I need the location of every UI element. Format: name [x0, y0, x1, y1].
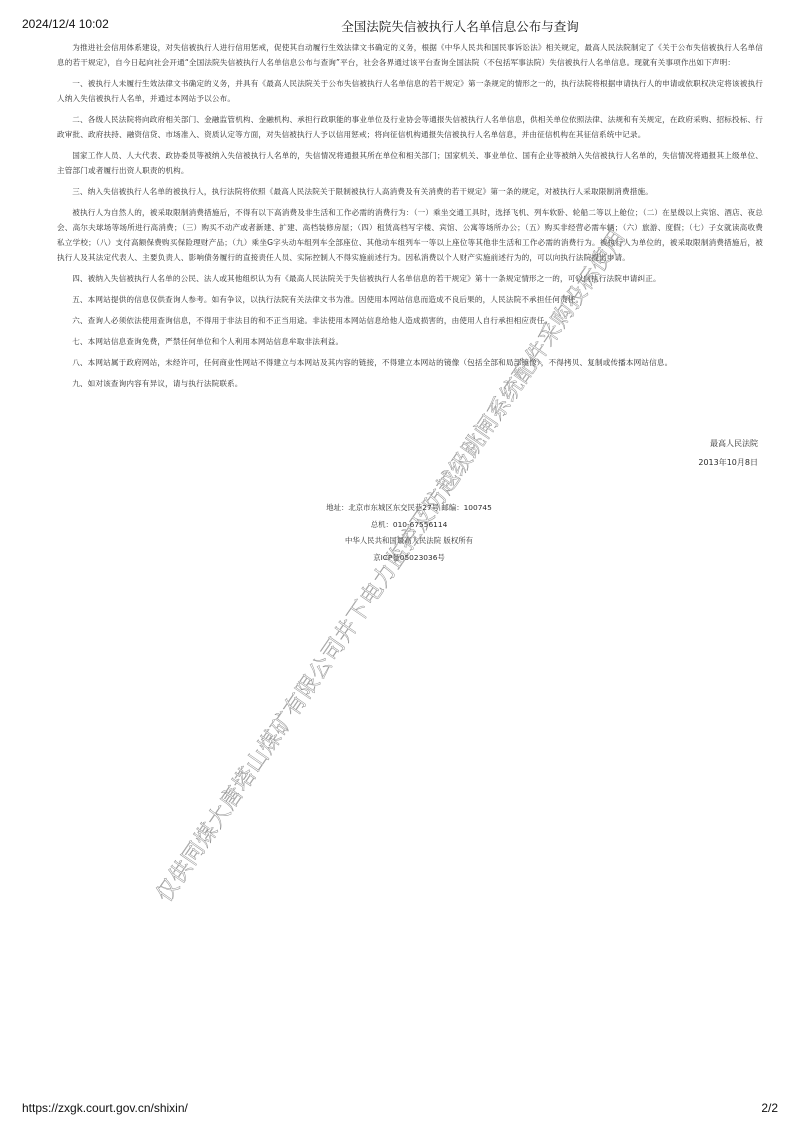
site-footer: 地址：北京市东城区东交民巷27号 邮编：100745 总机：010-675561… [0, 500, 800, 566]
statement-paragraph-3: 三、纳入失信被执行人名单的被执行人，执行法院将依照《最高人民法院关于限制被执行人… [57, 184, 763, 199]
statement-paragraph-9: 九、如对该查询内容有异议，请与执行法院联系。 [57, 376, 763, 391]
statement-paragraph-6: 六、查询人必须依法使用查询信息，不得用于非法目的和不正当用途。非法使用本网站信息… [57, 313, 763, 328]
statement-paragraph-2: 二、各级人民法院将向政府相关部门、金融监管机构、金融机构、承担行政职能的事业单位… [57, 112, 763, 142]
page-url: https://zxgk.court.gov.cn/shixin/ [22, 1101, 188, 1115]
statement-paragraph-8: 八、本网站属于政府网站，未经许可，任何商业性网站不得建立与本网站及其内容的链接，… [57, 355, 763, 370]
footer-copyright: 中华人民共和国最高人民法院 版权所有 [0, 533, 800, 550]
issuer: 最高人民法院 [698, 434, 758, 453]
footer-address: 地址：北京市东城区东交民巷27号 邮编：100745 [0, 500, 800, 517]
statement-paragraph-5: 五、本网站提供的信息仅供查询人参考。如有争议，以执行法院有关法律文书为准。因使用… [57, 292, 763, 307]
statement-paragraph-4: 四、被纳入失信被执行人名单的公民、法人或其他组织认为有《最高人民法院关于失信被执… [57, 271, 763, 286]
page-title: 全国法院失信被执行人名单信息公布与查询 [22, 17, 778, 35]
statement-paragraph-1: 一、被执行人未履行生效法律文书确定的义务，并具有《最高人民法院关于公布失信被执行… [57, 76, 763, 106]
statement-intro: 为推进社会信用体系建设，对失信被执行人进行信用惩戒，促使其自动履行生效法律文书确… [57, 40, 763, 70]
footer-icp: 京ICP备05023036号 [0, 550, 800, 567]
statement-paragraph-2b: 国家工作人员、人大代表、政协委员等被纳入失信被执行人名单的，失信情况将通报其所在… [57, 148, 763, 178]
print-header: 2024/12/4 10:02 全国法院失信被执行人名单信息公布与查询 [22, 17, 778, 33]
issue-date: 2013年10月8日 [698, 453, 758, 472]
statement-body: 为推进社会信用体系建设，对失信被执行人进行信用惩戒，促使其自动履行生效法律文书确… [57, 40, 763, 397]
statement-paragraph-7: 七、本网站信息查询免费，严禁任何单位和个人利用本网站信息牟取非法利益。 [57, 334, 763, 349]
page-number: 2/2 [761, 1101, 778, 1115]
statement-paragraph-3b: 被执行人为自然人的，被采取限制消费措施后，不得有以下高消费及非生活和工作必需的消… [57, 205, 763, 265]
signature-block: 最高人民法院 2013年10月8日 [698, 434, 758, 472]
footer-phone: 总机：010-67556114 [0, 517, 800, 534]
print-footer: https://zxgk.court.gov.cn/shixin/ 2/2 [22, 1101, 778, 1115]
